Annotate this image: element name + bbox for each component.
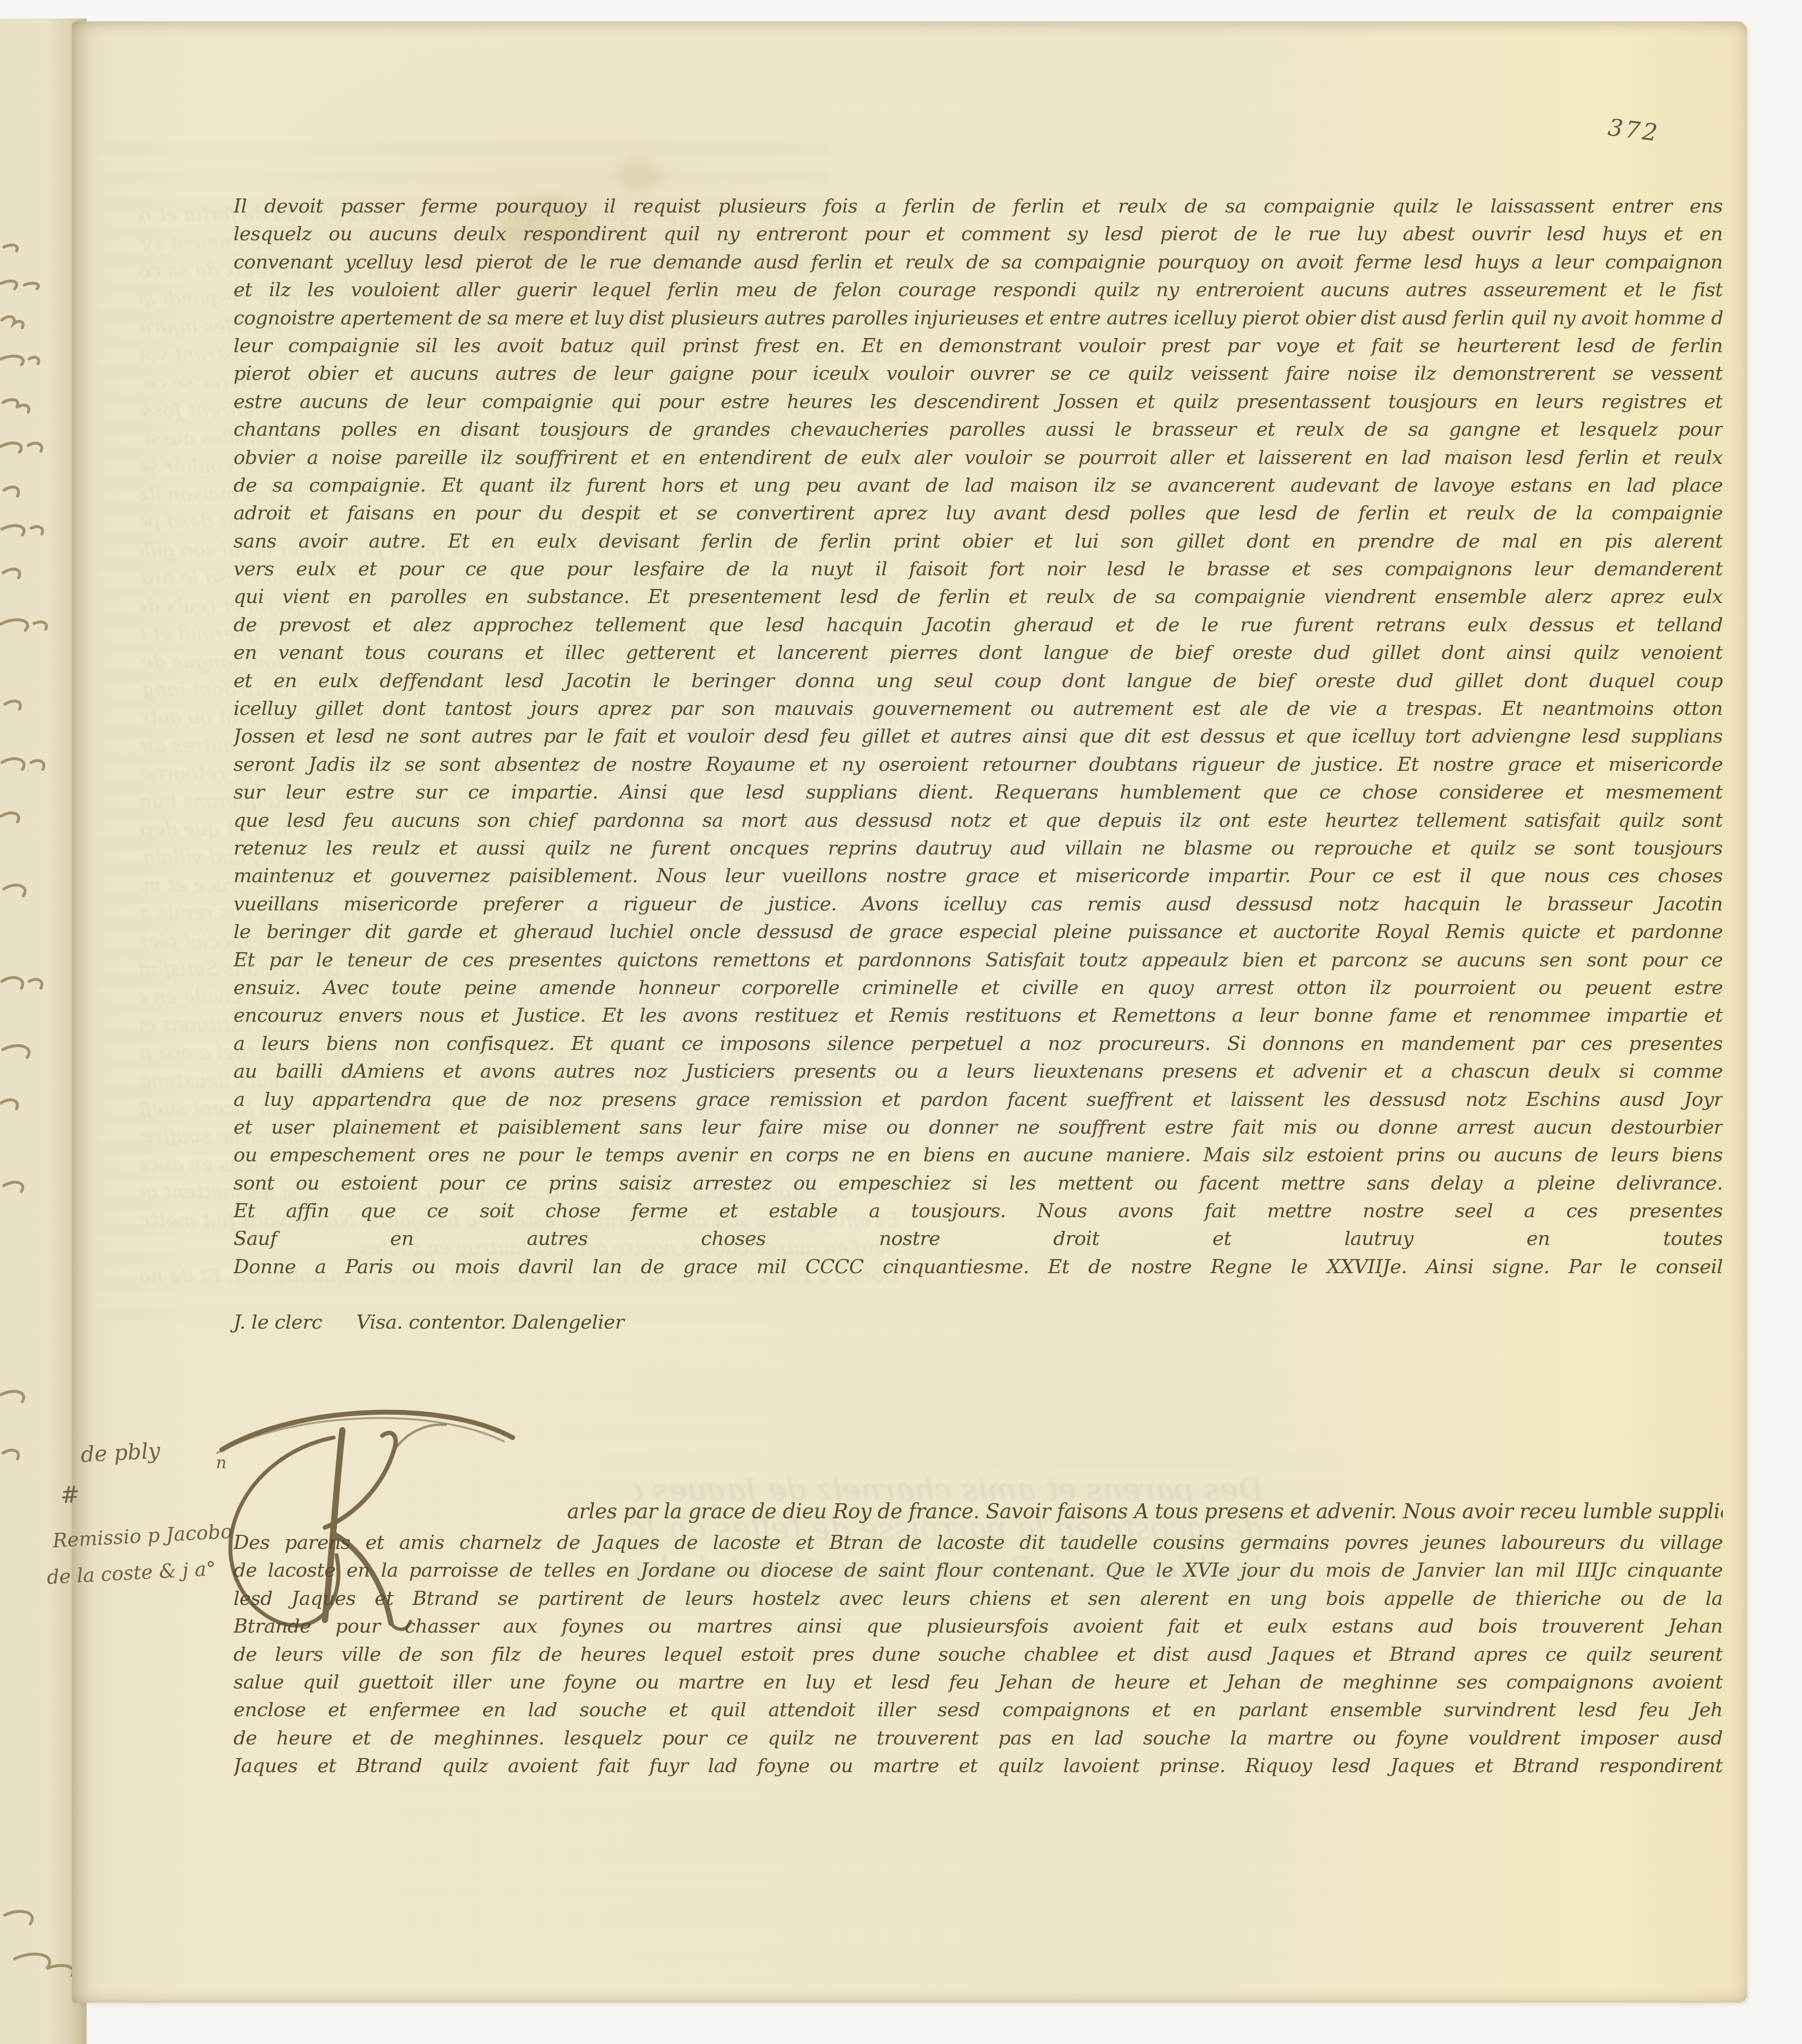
manuscript-text-line: vers eulx et pour ce que pour lesfaire d… xyxy=(233,555,1723,583)
manuscript-text-line: chantans polles en disant tousjours de g… xyxy=(233,416,1723,444)
manuscript-text-line: de heure et de meghinnes. lesquelz pour … xyxy=(233,1724,1723,1752)
parchment-stain xyxy=(617,158,660,192)
manuscript-text-line: sur leur estre sur ce impartie. Ainsi qu… xyxy=(233,779,1723,806)
manuscript-text-line: a leurs biens non confisquez. Et quant c… xyxy=(233,1030,1723,1058)
manuscript-text-line: cognoistre apertement de sa mere et luy … xyxy=(233,304,1723,332)
manuscript-text-line: leur compaignie sil les avoit batuz quil… xyxy=(233,332,1723,360)
manuscript-text-line: a luy appartendra que de noz presens gra… xyxy=(233,1086,1723,1114)
manuscript-text-line: icelluy gillet dont tantost jours aprez … xyxy=(233,695,1723,723)
manuscript-text-line: Donne a Paris ou mois davril lan de grac… xyxy=(233,1253,1723,1281)
manuscript-text-line: et en eulx deffendant lesd Jacotin le be… xyxy=(233,667,1723,695)
manuscript-text-line: de prevost et alez approchez tellement q… xyxy=(233,611,1723,639)
manuscript-text-line: Sauf en autres choses nostre droit et la… xyxy=(233,1225,1723,1253)
manuscript-text-line xyxy=(233,1281,1723,1309)
manuscript-text-line: Il devoit passer ferme pourquoy il requi… xyxy=(233,193,1723,220)
manuscript-text-line: de sa compaignie. Et quant ilz furent ho… xyxy=(233,472,1723,499)
chancery-signature-line: J. le clerc Visa. contentor. Dalengelier xyxy=(233,1311,624,1333)
manuscript-text-line: au bailli dAmiens et avons autres noz Ju… xyxy=(233,1058,1723,1085)
manuscript-text-line: sont ou estoient pour ce prins saisiz ar… xyxy=(233,1170,1723,1197)
manuscript-text-line: Btrande pour chasser aux foynes ou martr… xyxy=(233,1613,1723,1640)
manuscript-text-line: le beringer dit garde et gheraud luchiel… xyxy=(233,918,1723,946)
manuscript-text-line: Et par le teneur de ces presentes quicto… xyxy=(233,946,1723,974)
manuscript-scan: { "page": { "folio_number": "372", "colo… xyxy=(0,0,1802,2044)
manuscript-text-line: de lacoste en la parroisse de telles en … xyxy=(233,1557,1723,1584)
manuscript-text-line: convenant ycelluy lesd pierot de le rue … xyxy=(233,249,1723,276)
margin-hash-mark: # xyxy=(60,1481,81,1509)
manuscript-text-line: adroit et faisans en pour du despit et s… xyxy=(233,499,1723,527)
manuscript-text-line: vueillans misericorde preferer a rigueur… xyxy=(233,890,1723,918)
manuscript-text-line: maintenuz et gouvernez paisiblement. Nou… xyxy=(233,862,1723,890)
charter-2-first-line: arles par la grace de dieu Roy de france… xyxy=(233,1497,1723,1526)
manuscript-text-line: salue quil guettoit iller une foyne ou m… xyxy=(233,1669,1723,1696)
manuscript-text-line: et ilz les vouloient aller guerir lequel… xyxy=(233,276,1723,304)
margin-note-top: de pbly xyxy=(80,1439,161,1467)
manuscript-text-line: Et affin que ce soit chose ferme et esta… xyxy=(233,1197,1723,1225)
folio-number: 372 xyxy=(1606,114,1661,147)
manuscript-text-line: enclose et enfermee en lad souche et qui… xyxy=(233,1696,1723,1724)
manuscript-text-line: de leurs ville de son filz de heures leq… xyxy=(233,1641,1723,1669)
manuscript-text-line: lesd Jaques et Btrand se partirent de le… xyxy=(233,1585,1723,1613)
charter-2-opening: arles par la grace de dieu Roy de france… xyxy=(567,1497,1723,1526)
manuscript-text-line: retenuz les reulz et aussi quilz ne fure… xyxy=(233,835,1723,862)
charter-1-text-block: Il devoit passer ferme pourquoy il requi… xyxy=(233,193,1723,1309)
manuscript-text-line: qui vient en parolles en substance. Et p… xyxy=(233,583,1723,611)
manuscript-text-line: encouruz envers nous et Justice. Et les … xyxy=(233,1002,1723,1030)
manuscript-text-line: Des parens et amis charnelz de Jaques de… xyxy=(233,1529,1723,1557)
manuscript-text-line: estre aucuns de leur compaignie qui pour… xyxy=(233,388,1723,416)
manuscript-text-line: lesquelz ou aucuns deulx respondirent qu… xyxy=(233,220,1723,248)
manuscript-text-line: ou empeschement ores ne pour le temps av… xyxy=(233,1141,1723,1169)
manuscript-text-line: obvier a noise pareille ilz souffrirent … xyxy=(233,444,1723,472)
manuscript-text-line: que lesd feu aucuns son chief pardonna s… xyxy=(233,807,1723,835)
charter-2-text-block: Des parens et amis charnelz de Jaques de… xyxy=(233,1529,1723,1780)
manuscript-text-line: pierot obier et aucuns autres de leur ga… xyxy=(233,360,1723,388)
manuscript-text-line: Jossen et lesd ne sont autres par le fai… xyxy=(233,723,1723,750)
manuscript-text-line: en venant tous courans et illec getteren… xyxy=(233,639,1723,667)
manuscript-text-line: seront Jadis ilz se sont absentez de nos… xyxy=(233,751,1723,779)
manuscript-text-line: Jaques et Btrand quilz avoient fait fuyr… xyxy=(233,1752,1723,1780)
manuscript-page: Il devoit passer ferme pourquoy il requi… xyxy=(72,21,1747,2003)
manuscript-text-line: ensuiz. Avec toute peine amende honneur … xyxy=(233,974,1723,1002)
manuscript-text-line: sans avoir autre. Et en eulx devisant fe… xyxy=(233,528,1723,555)
clerk-signature: J. le clerc xyxy=(233,1311,322,1333)
visa-contentor-note: Visa. contentor. Dalengelier xyxy=(356,1311,624,1333)
manuscript-text-line: et user plainement et paisiblement sans … xyxy=(233,1114,1723,1141)
